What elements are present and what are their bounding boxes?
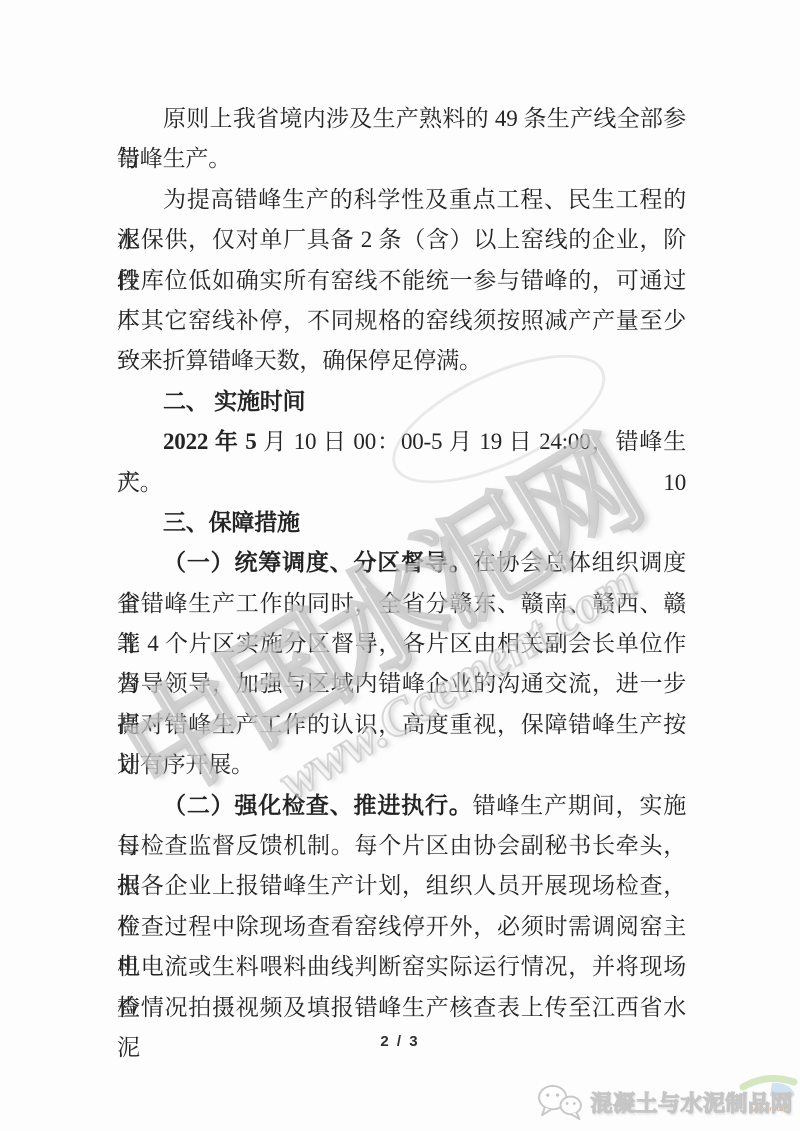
text-line: 检查过程中除现场查看窑线停开外，必须时需调阅窑主电 — [117, 907, 686, 947]
text-line: 督导领导，加强与区域内错峰企业的沟通交流，进一步提 — [117, 664, 686, 704]
brand-footer: 混凝土与水泥制品网 — [536, 1082, 793, 1122]
text-segment: 二、 实施时间 — [163, 389, 305, 414]
text-line: 高对错峰生产工作的认识，高度重视，保障错峰生产按计 — [117, 705, 686, 745]
text-line: 日检查监督反馈机制。每个片区由协会副秘书长牵头，根 — [117, 826, 686, 866]
text-line: 查情况拍摄视频及填报错峰生产核查表上传至江西省水泥 — [117, 988, 686, 1028]
text-line: 性库位低如确实所有窑线不能统一参与错峰的，可通过本 — [117, 261, 686, 301]
text-line: 为提高错峰生产的科学性及重点工程、民生工程的水 — [117, 180, 686, 220]
wechat-icon — [536, 1083, 583, 1121]
text-segment: 划有序开展。 — [117, 752, 254, 777]
text-segment: 2022 年 5 — [163, 429, 257, 454]
text-segment: 错峰生产。 — [117, 146, 231, 171]
text-line: （一）统筹调度、分区督导。在协会总体组织调度全 — [117, 543, 686, 583]
document-body: 原则上我省境内涉及生产熟料的 49 条生产线全部参与错峰生产。为提高错峰生产的科… — [117, 99, 686, 1028]
text-line: 划有序开展。 — [117, 745, 686, 785]
text-segment: 三、保障措施 — [163, 510, 300, 535]
text-line: 原则上我省境内涉及生产熟料的 49 条生产线全部参与 — [117, 99, 686, 139]
document-page: 中国水泥网 www.Ccement.com 原则上我省境内涉及生产熟料的 49 … — [0, 0, 800, 1131]
text-segment: 查情况拍摄视频及填报错峰生产核查表上传至江西省水泥 — [117, 995, 686, 1060]
brand-footer-label: 混凝土与水泥制品网 — [590, 1087, 793, 1118]
text-line: 三、保障措施 — [117, 503, 686, 543]
text-segment: （一）统筹调度、分区督导。 — [163, 550, 473, 575]
text-line: 据各企业上报错峰生产计划，组织人员开展现场检查，在 — [117, 866, 686, 906]
text-line: 二、 实施时间 — [117, 382, 686, 422]
text-line: 省错峰生产工作的同时，全省分赣东、赣南、赣西、赣北 — [117, 584, 686, 624]
page-number: 2 / 3 — [0, 1033, 800, 1050]
text-segment: 天。 — [117, 470, 163, 495]
text-line: 厂其它窑线补停，不同规格的窑线须按照减产产量至少一 — [117, 301, 686, 341]
text-segment: 致来折算错峰天数，确保停足停满。 — [117, 348, 482, 373]
text-segment: （二）强化检查、推进执行。 — [163, 793, 473, 818]
text-line: 机电流或生料喂料曲线判断窑实际运行情况，并将现场检 — [117, 947, 686, 987]
text-line: 泥保供，仅对单厂具备 2 条（含）以上窑线的企业，阶段 — [117, 220, 686, 260]
text-line: 错峰生产。 — [117, 139, 686, 179]
text-line: 等 4 个片区实施分区督导，各片区由相关副会长单位作为 — [117, 624, 686, 664]
text-line: 2022 年 5 月 10 日 00：00-5 月 19 日 24:00，错峰生… — [117, 422, 686, 462]
text-line: （二）强化检查、推进执行。错峰生产期间，实施每 — [117, 786, 686, 826]
text-line: 致来折算错峰天数，确保停足停满。 — [117, 341, 686, 381]
